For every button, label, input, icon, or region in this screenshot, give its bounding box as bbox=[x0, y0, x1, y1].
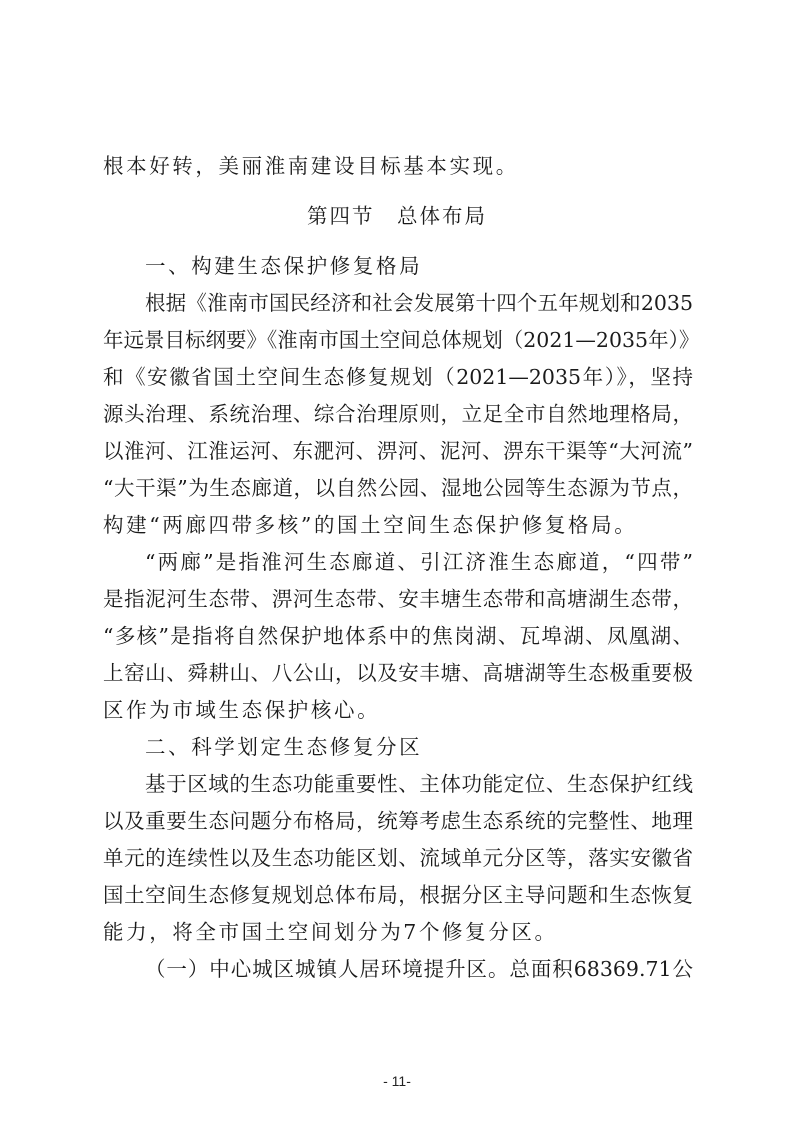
paragraph-line: “多核”是指将自然保护地体系中的焦岗湖、瓦埠湖、凤凰湖、 bbox=[103, 618, 693, 655]
page-number: - 11- bbox=[0, 1073, 794, 1089]
paragraph-line: 构建“两廊四带多核”的国土空间生态保护修复格局。 bbox=[103, 507, 693, 544]
heading-restoration-zones: 二、科学划定生态修复分区 bbox=[145, 729, 693, 766]
paragraph-line: 根据《淮南市国民经济和社会发展第十四个五年规划和2035 bbox=[145, 285, 693, 322]
paragraph-line: 国土空间生态修复规划总体布局，根据分区主导问题和生态恢复 bbox=[103, 877, 693, 914]
paragraph-line: 年远景目标纲要》《淮南市国土空间总体规划（2021—2035年）》 bbox=[103, 322, 693, 359]
paragraph-line: 上窑山、舜耕山、八公山，以及安丰塘、高塘湖等生态极重要极 bbox=[103, 655, 693, 692]
paragraph-line: 和《安徽省国土空间生态修复规划（2021—2035年）》，坚持 bbox=[103, 359, 693, 396]
section-title: 第四节 总体布局 bbox=[0, 198, 794, 235]
paragraph-line: 基于区域的生态功能重要性、主体功能定位、生态保护红线 bbox=[145, 766, 693, 803]
paragraph-line: 源头治理、系统治理、综合治理原则，立足全市自然地理格局， bbox=[103, 396, 693, 433]
paragraph-line: 单元的连续性以及生态功能区划、流域单元分区等，落实安徽省 bbox=[103, 840, 693, 877]
paragraph-line: 是指泥河生态带、淠河生态带、安丰塘生态带和高塘湖生态带， bbox=[103, 581, 693, 618]
paragraph-line: （一）中心城区城镇人居环境提升区。总面积68369.71公 bbox=[145, 951, 693, 988]
paragraph-line: “大干渠”为生态廊道，以自然公园、湿地公园等生态源为节点， bbox=[103, 470, 693, 507]
paragraph-line: “两廊”是指淮河生态廊道、引江济淮生态廊道，“四带” bbox=[145, 544, 693, 581]
paragraph-line: 以及重要生态问题分布格局，统筹考虑生态系统的完整性、地理 bbox=[103, 803, 693, 840]
paragraph-line: 以淮河、江淮运河、东淝河、淠河、泥河、淠东干渠等“大河流” bbox=[103, 433, 693, 470]
paragraph-line: 区作为市域生态保护核心。 bbox=[103, 692, 693, 729]
paragraph-line: 根本好转，美丽淮南建设目标基本实现。 bbox=[103, 148, 693, 185]
heading-ecological-pattern: 一、构建生态保护修复格局 bbox=[145, 248, 693, 285]
paragraph-line: 能力，将全市国土空间划分为7个修复分区。 bbox=[103, 914, 693, 951]
document-page: 根本好转，美丽淮南建设目标基本实现。 第四节 总体布局 一、构建生态保护修复格局… bbox=[0, 0, 794, 1123]
